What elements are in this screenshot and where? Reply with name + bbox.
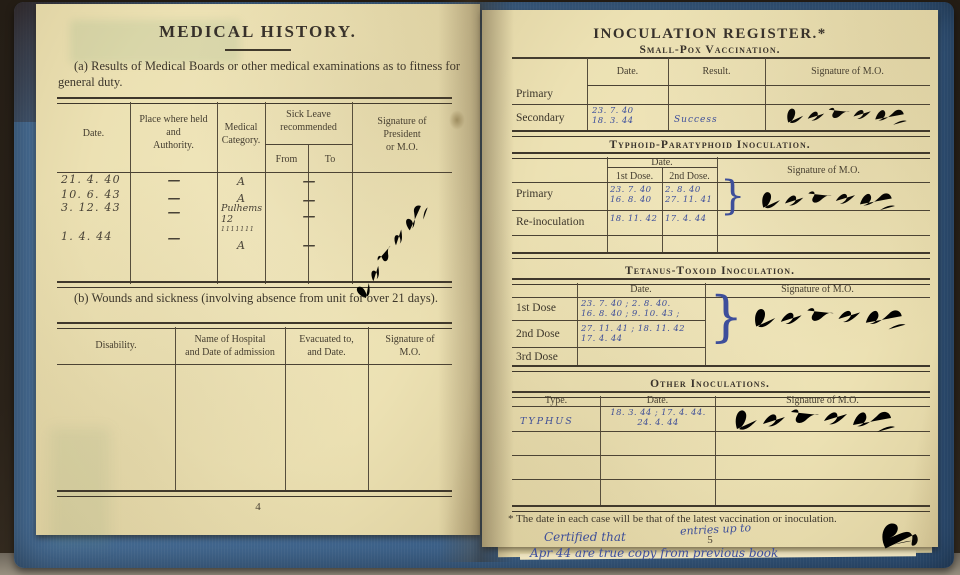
col-header-dose2: 2nd Dose. — [662, 170, 717, 183]
col-header-date: Date. — [57, 127, 130, 140]
entry-category-marks: 1111111 — [221, 226, 265, 233]
row-label-reinoculation: Re-inoculation — [516, 216, 584, 228]
dose2-dates: 27. 11. 41 ; 18. 11. 42 17. 4. 44 — [581, 324, 703, 344]
other-table: Type. Date. Signature of M.O. TYPHUS 18.… — [512, 391, 930, 509]
rule — [57, 322, 452, 329]
col-header-sick-leave: Sick Leave recommended — [265, 108, 352, 134]
rule — [57, 97, 452, 104]
rule — [512, 365, 930, 372]
col-header-disability: Disability. — [57, 339, 175, 352]
board-table: Date. Place where held and Authority. Me… — [57, 97, 452, 285]
entry-sick-leave: — — [265, 238, 352, 253]
rule — [600, 396, 601, 505]
reinoculation-dose1-date: 18. 11. 42 — [610, 214, 661, 224]
entry-place: — — [130, 173, 217, 188]
col-header-date: Date. — [607, 156, 717, 169]
col-header-date: Date. — [577, 283, 705, 296]
page-title: MEDICAL HISTORY. — [36, 22, 480, 42]
col-header-from: From — [265, 153, 308, 166]
entry-date: 1. 4. 44 — [61, 230, 131, 243]
certified-line2: Apr 44 are true copy from previous book — [530, 546, 778, 560]
type-entry: TYPHUS — [520, 416, 574, 427]
secondary-dates: 23. 7. 40 18. 3. 44 — [592, 106, 666, 126]
entry-place: — — [130, 231, 217, 246]
page-title: INOCULATION REGISTER.* — [482, 26, 938, 43]
col-header-date: Date. — [600, 394, 715, 407]
row-label-secondary: Secondary — [516, 112, 565, 124]
row-label-dose3: 3rd Dose — [516, 351, 558, 363]
rule — [57, 490, 452, 497]
other-heading: Other Inoculations. — [482, 378, 938, 390]
col-header-hospital: Name of Hospital and Date of admission — [175, 333, 285, 359]
rule — [512, 235, 930, 236]
rule — [512, 505, 930, 512]
rule — [512, 152, 930, 159]
row-label-primary: Primary — [516, 88, 553, 100]
rule — [57, 364, 452, 365]
wounds-table: Disability. Name of Hospital and Date of… — [57, 322, 452, 494]
row-label-dose2: 2nd Dose — [516, 328, 560, 340]
entry-sick-leave: — — [265, 193, 352, 208]
typhoid-heading: Typhoid-Paratyphoid Inoculation. — [482, 139, 938, 151]
rule — [587, 85, 930, 86]
col-header-signature: Signature of President or M.O. — [352, 115, 452, 154]
tetanus-heading: Tetanus-Toxoid Inoculation. — [482, 265, 938, 277]
col-header-signature: Signature of M.O. — [717, 164, 930, 177]
col-header-signature: Signature of M.O. — [368, 333, 452, 359]
entry-date: 10. 6. 43 — [61, 188, 131, 201]
entry-category: A — [217, 239, 265, 252]
date-entry: 18. 3. 44 ; 17. 4. 44. 24. 4. 44 — [604, 408, 712, 428]
section-b-text: (b) Wounds and sickness (involving absen… — [58, 290, 460, 306]
rule — [512, 57, 930, 59]
col-header-date: Date. — [587, 65, 668, 78]
secondary-result: Success — [674, 115, 718, 125]
row-label-primary: Primary — [516, 188, 553, 200]
rule — [512, 455, 930, 456]
col-header-to: To — [308, 153, 352, 166]
mo-signature-icon — [724, 403, 904, 439]
col-header-evacuated: Evacuated to, and Date. — [285, 333, 368, 359]
col-header-category: Medical Category. — [217, 121, 265, 147]
title-rule — [225, 49, 291, 51]
entry-category: Pulhems 12 — [217, 203, 269, 225]
col-header-dose1: 1st Dose. — [607, 170, 662, 183]
rule — [512, 130, 930, 137]
rule — [715, 396, 716, 505]
tetanus-table: Date. Signature of M.O. 1st Dose 2nd Dos… — [512, 278, 930, 369]
entry-sick-leave: — — [265, 209, 352, 224]
rule — [512, 479, 930, 480]
rule — [512, 347, 705, 348]
smallpox-heading: Small-Pox Vaccination. — [482, 44, 938, 56]
right-page-inoculation-register: INOCULATION REGISTER.* Small-Pox Vaccina… — [482, 10, 938, 547]
mo-signature-icon — [740, 186, 915, 216]
mo-signature-icon — [770, 103, 922, 130]
dose1-dates: 23. 7. 40 ; 2. 8. 40. 16. 8. 40 ; 9. 10.… — [581, 299, 703, 319]
mo-signature-icon — [734, 302, 924, 336]
col-header-signature: Signature of M.O. — [765, 65, 930, 78]
entry-date: 3. 12. 43 — [61, 201, 131, 214]
primary-dose1-dates: 23. 7. 40 16. 8. 40 — [610, 185, 661, 205]
left-page-medical-history: MEDICAL HISTORY. (a) Results of Medical … — [36, 4, 480, 535]
section-a-text: (a) Results of Medical Boards or other m… — [58, 58, 460, 90]
rule — [512, 252, 930, 259]
entry-category: A — [217, 175, 265, 188]
col-header-type: Type. — [512, 394, 600, 407]
entry-date: 21. 4. 40 — [61, 173, 131, 186]
entry-sick-leave: — — [265, 174, 352, 189]
col-header-place: Place where held and Authority. — [130, 113, 217, 152]
page-stain — [449, 110, 465, 130]
reinoculation-dose2-date: 17. 4. 44 — [665, 214, 716, 224]
page-number: 5 — [482, 534, 938, 546]
typhoid-table: Date. 1st Dose. 2nd Dose. Signature of M… — [512, 152, 930, 256]
page-number: 4 — [36, 501, 480, 513]
col-header-result: Result. — [668, 65, 765, 78]
row-label-dose1: 1st Dose — [516, 302, 556, 314]
rule — [512, 320, 705, 321]
entry-place: — — [130, 205, 217, 220]
primary-dose2-dates: 2. 8. 40 27. 11. 41 — [665, 185, 716, 205]
smallpox-table: Date. Result. Signature of M.O. Primary … — [512, 57, 930, 135]
rule — [265, 144, 352, 145]
scanned-record-book: MEDICAL HISTORY. (a) Results of Medical … — [0, 0, 960, 575]
entry-place: — — [130, 191, 217, 206]
